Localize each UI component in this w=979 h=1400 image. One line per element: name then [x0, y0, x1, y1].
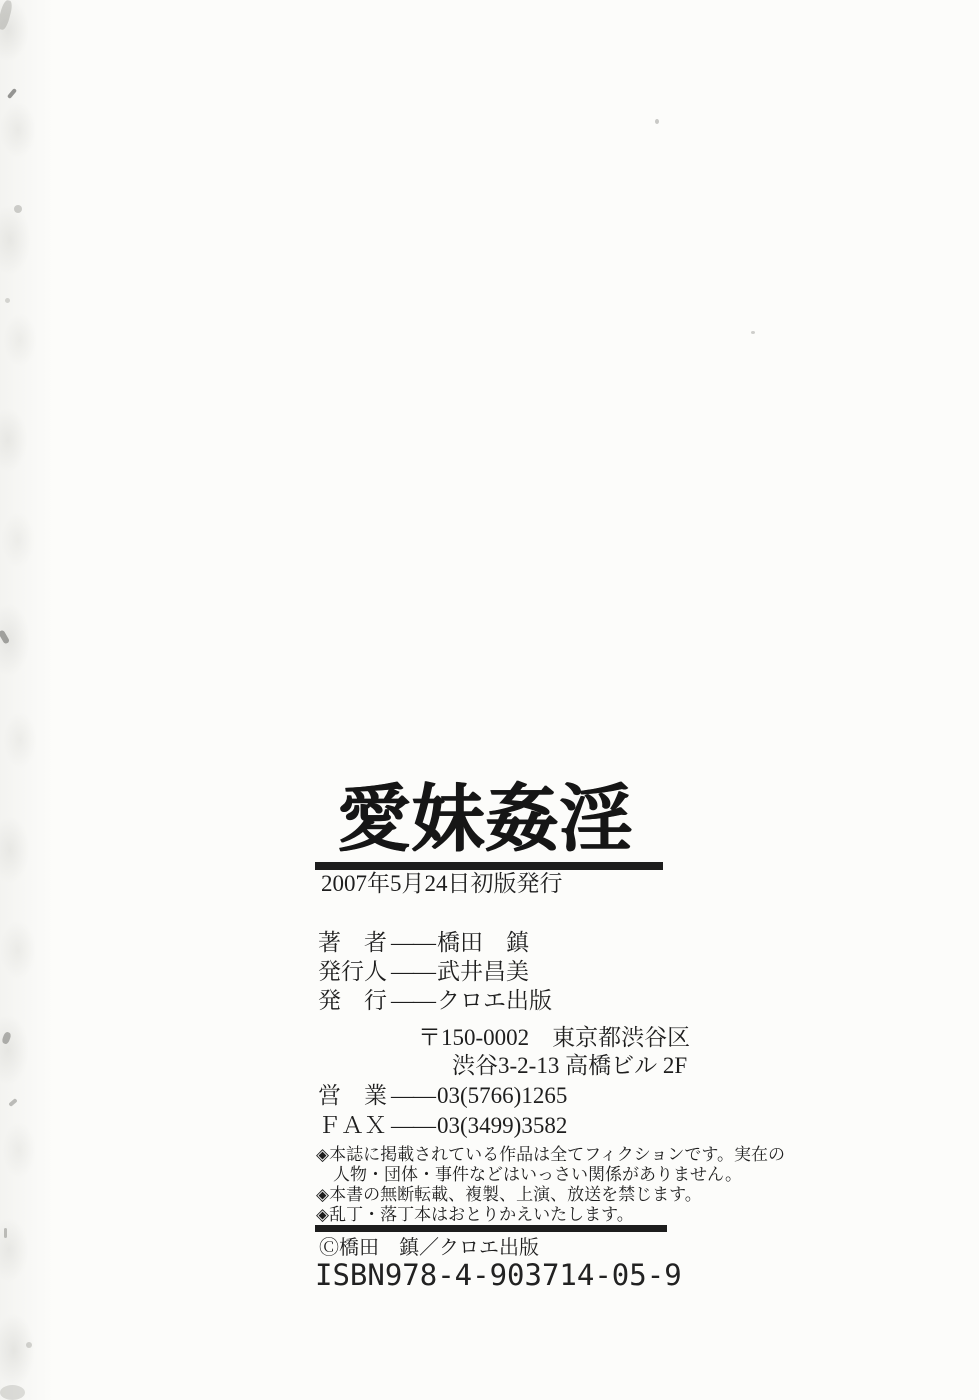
contact-label: 営 業	[318, 1083, 387, 1108]
contact-row-fax: ＦＡＸ――03(3499)3582	[318, 1113, 567, 1139]
notice-line: ◈本誌に掲載されている作品は全てフィクションです。実在の	[316, 1145, 785, 1164]
contact-label: ＦＡＸ	[318, 1113, 387, 1138]
credit-value: 武井昌美	[437, 959, 529, 984]
credit-label: 発行人	[318, 959, 387, 984]
credit-label: 発 行	[318, 988, 387, 1013]
credit-row-publisher-person: 発行人――武井昌美	[318, 959, 529, 985]
notice-line: ◈本書の無断転載、複製、上演、放送を禁じます。	[316, 1185, 702, 1204]
paper-speck	[4, 1228, 7, 1238]
contact-value: 03(5766)1265	[437, 1083, 567, 1108]
isbn-number: ISBN978-4-903714-05-9	[315, 1260, 682, 1290]
address-line-2: 渋谷3-2-13 高橋ビル 2F	[452, 1053, 687, 1078]
credit-label: 著 者	[318, 930, 387, 955]
credit-value: 橋田 鎮	[437, 930, 529, 955]
credit-separator: ――	[391, 988, 435, 1013]
edition-date: 2007年5月24日初版発行	[321, 871, 563, 896]
credit-value: クロエ出版	[437, 988, 552, 1013]
credit-separator: ――	[391, 930, 435, 955]
colophon-page: 愛妹姦淫 2007年5月24日初版発行 著 者――橋田 鎮 発行人――武井昌美 …	[0, 0, 979, 1400]
scan-edge-texture	[0, 0, 60, 1400]
credit-row-publishing-house: 発 行――クロエ出版	[318, 988, 552, 1014]
contact-separator: ――	[391, 1113, 435, 1138]
paper-speck	[5, 298, 10, 303]
copyright-line: Ⓒ橋田 鎮／クロエ出版	[319, 1237, 539, 1259]
title-rule	[315, 862, 663, 870]
paper-speck	[14, 205, 22, 213]
credit-separator: ――	[391, 959, 435, 984]
book-title: 愛妹姦淫	[337, 783, 633, 856]
paper-speck	[751, 331, 755, 334]
contact-value: 03(3499)3582	[437, 1113, 567, 1138]
notice-line: ◈乱丁・落丁本はおとりかえいたします。	[316, 1205, 634, 1224]
paper-speck	[655, 119, 659, 124]
contact-separator: ――	[391, 1083, 435, 1108]
copyright-rule	[315, 1225, 667, 1232]
paper-speck	[0, 1385, 25, 1400]
paper-speck	[26, 1342, 32, 1348]
address-line-1: 〒150-0002 東京都渋谷区	[418, 1025, 690, 1050]
contact-row-sales: 営 業――03(5766)1265	[318, 1083, 567, 1109]
credit-row-author: 著 者――橋田 鎮	[318, 930, 529, 956]
notice-line: 人物・団体・事件などはいっさい関係がありません。	[316, 1165, 742, 1184]
